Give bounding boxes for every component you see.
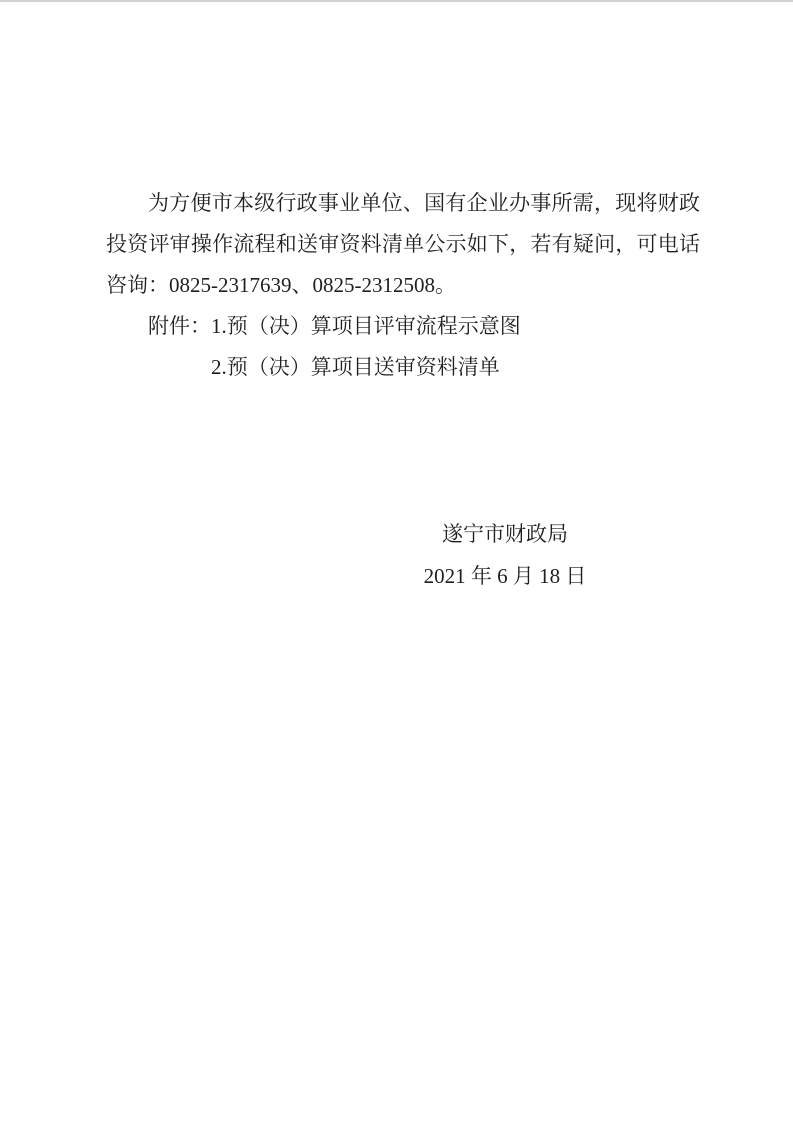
document-content: 为方便市本级行政事业单位、国有企业办事所需，现将财政投资评审操作流程和送审资料清… [106,183,700,597]
body-paragraph: 为方便市本级行政事业单位、国有企业办事所需，现将财政投资评审操作流程和送审资料清… [106,183,700,306]
attachment-line-2: 2.预（决）算项目送审资料清单 [106,347,700,388]
signature-issuer: 遂宁市财政局 [380,513,630,555]
scan-edge-line [0,0,793,2]
signature-date: 2021 年 6 月 18 日 [380,555,630,597]
attachments-label: 附件： [148,314,211,338]
attachment-item-2: 2.预（决）算项目送审资料清单 [211,355,500,379]
attachment-item-1: 1.预（决）算项目评审流程示意图 [211,314,521,338]
document-page: 为方便市本级行政事业单位、国有企业办事所需，现将财政投资评审操作流程和送审资料清… [0,0,793,1122]
signature-block: 遂宁市财政局 2021 年 6 月 18 日 [380,513,630,597]
attachment-line-1: 附件：1.预（决）算项目评审流程示意图 [106,306,700,347]
